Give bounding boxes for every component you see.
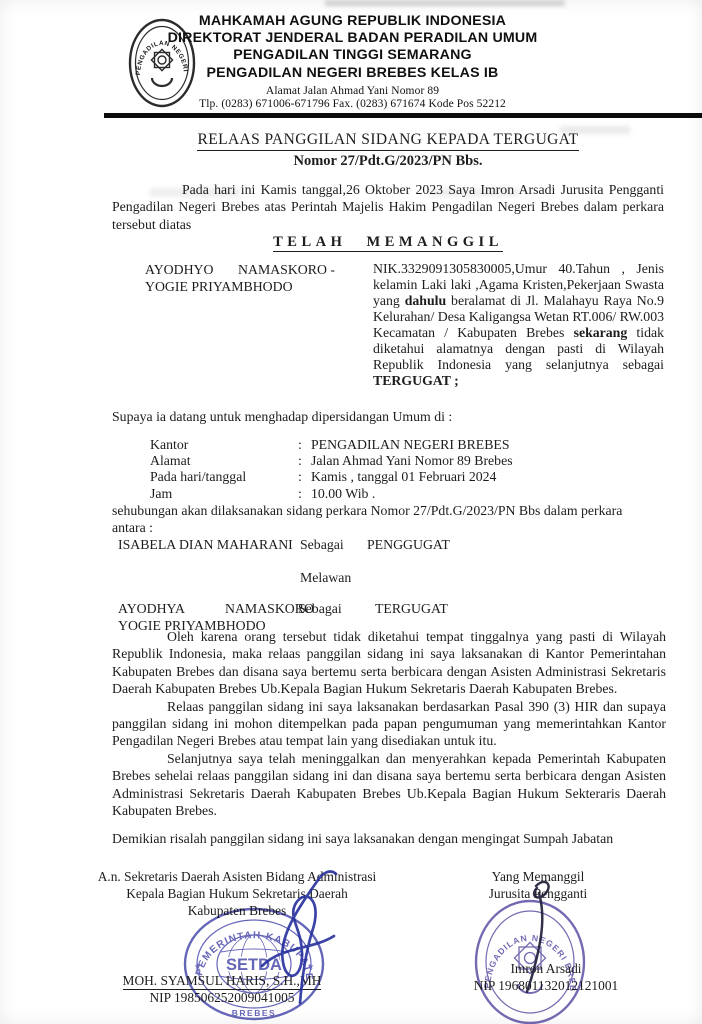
- hearing-note-line2: antara :: [112, 520, 664, 537]
- defendant-name-word1: AYODHYO: [145, 261, 213, 278]
- table-row: Pada hari/tanggal : Kamis , tanggal 01 F…: [150, 469, 513, 485]
- signatory-right-nip: NIP 196801132012121001: [441, 977, 651, 994]
- hearing-value-alamat: Jalan Ahmad Yani Nomor 89 Brebes: [311, 453, 513, 469]
- letterhead-line-3: PENGADILAN TINGGI SEMARANG: [120, 47, 585, 64]
- body-paragraph-3: Selanjutnya saya telah meninggalkan dan …: [112, 750, 666, 820]
- signature-left-name-block: MOH. SYAMSUL HARIS, S.H.,MH NIP 19850625…: [72, 972, 372, 1006]
- defendant-as-label: Sebagai: [298, 600, 342, 617]
- defendant-details-bold3: TERGUGAT ;: [373, 373, 459, 388]
- document-title-block: RELAAS PANGGILAN SIDANG KEPADA TERGUGAT …: [112, 131, 664, 170]
- letterhead-rule: [104, 113, 702, 118]
- letterhead-line-1: MAHKAMAH AGUNG REPUBLIK INDONESIA: [120, 13, 585, 30]
- document-title: RELAAS PANGGILAN SIDANG KEPADA TERGUGAT: [112, 131, 664, 151]
- signatory-left-name: MOH. SYAMSUL HARIS, S.H.,MH: [123, 973, 322, 990]
- defendant-details: NIK.3329091305830005,Umur 40.Tahun , Jen…: [373, 261, 664, 389]
- table-row: Kantor : PENGADILAN NEGERI BREBES: [150, 437, 513, 453]
- letterhead-contact: Tlp. (0283) 671006-671796 Fax. (0283) 67…: [120, 98, 585, 111]
- opening-paragraph: Pada hari ini Kamis tanggal,26 Oktober 2…: [112, 181, 664, 233]
- summon-instruction: Supaya ia datang untuk menghadap dipersi…: [112, 409, 664, 425]
- star-icon: ★: [307, 962, 314, 971]
- scan-smudge-top: [325, 0, 565, 6]
- table-row: Alamat : Jalan Ahmad Yani Nomor 89 Brebe…: [150, 453, 513, 469]
- hearing-note: sehubungan akan dilaksanakan sidang perk…: [112, 503, 664, 536]
- summon-heading-text: TELAH MEMANGGIL: [273, 234, 503, 252]
- letterhead-line-2: DIREKTORAT JENDERAL BADAN PERADILAN UMUM: [120, 30, 585, 47]
- plaintiff-role: PENGGUGAT: [367, 536, 450, 553]
- colon: :: [298, 453, 311, 469]
- table-row: Jam : 10.00 Wib .: [150, 486, 513, 502]
- document-title-text: RELAAS PANGGILAN SIDANG KEPADA TERGUGAT: [197, 131, 578, 151]
- hearing-label-alamat: Alamat: [150, 453, 298, 469]
- body-paragraph-1: Oleh karena orang tersebut tidak diketah…: [112, 628, 666, 698]
- letterhead-address: Alamat Jalan Ahmad Yani Nomor 89: [120, 85, 585, 98]
- colon: :: [298, 469, 311, 485]
- defendant-name-line1: AYODHYO NAMASKORO -: [145, 261, 335, 278]
- defendant-name-line2: YOGIE PRIYAMBHODO: [145, 278, 335, 295]
- hearing-details-table: Kantor : PENGADILAN NEGERI BREBES Alamat…: [150, 437, 513, 502]
- hearing-value-jam: 10.00 Wib .: [311, 486, 375, 502]
- defendant-details-bold1: dahulu: [405, 293, 446, 308]
- signatory-left-nip: NIP 198506252009041005: [72, 989, 372, 1006]
- signature-left-line1: A.n. Sekretaris Daerah Asisten Bidang Ad…: [82, 868, 392, 885]
- signature-left-line2: Kepala Bagian Hukum Sekretaris Daerah: [82, 885, 392, 902]
- defendant-name-word1: AYODHYA: [118, 600, 185, 617]
- plaintiff-as-label: Sebagai: [300, 536, 344, 553]
- defendant-details-bold2: sekarang: [574, 325, 628, 340]
- colon: :: [298, 486, 311, 502]
- hearing-label-jam: Jam: [150, 486, 298, 502]
- body-paragraph-2: Relaas panggilan sidang ini saya laksana…: [112, 698, 666, 750]
- hearing-note-line1: sehubungan akan dilaksanakan sidang perk…: [112, 503, 664, 520]
- hearing-label-kantor: Kantor: [150, 437, 298, 453]
- signature-right-line1: Yang Memanggil: [438, 868, 638, 885]
- signatory-right-name: Imron Arsadi: [441, 960, 651, 977]
- colon: :: [298, 437, 311, 453]
- signature-right-name-block: Imron Arsadi NIP 196801132012121001: [441, 960, 651, 994]
- defendant-name-block: AYODHYO NAMASKORO - YOGIE PRIYAMBHODO: [145, 261, 335, 295]
- court-summons-document: PENGADILAN NEGERI BREBES MAHKAMAH AGUNG …: [0, 0, 702, 1024]
- plaintiff-name: ISABELA DIAN MAHARANI: [118, 536, 293, 553]
- hearing-label-tanggal: Pada hari/tanggal: [150, 469, 298, 485]
- letterhead-line-4: PENGADILAN NEGERI BREBES KELAS IB: [120, 65, 585, 82]
- signature-right-header: Yang Memanggil Jurusita Pengganti: [438, 868, 638, 902]
- body-paragraphs: Oleh karena orang tersebut tidak diketah…: [112, 628, 666, 848]
- hearing-value-tanggal: Kamis , tanggal 01 Februari 2024: [311, 469, 496, 485]
- star-icon: ★: [194, 962, 201, 971]
- case-number: Nomor 27/Pdt.G/2023/PN Bbs.: [112, 153, 664, 170]
- versus-label: Melawan: [300, 570, 351, 586]
- defendant-role: TERGUGAT: [375, 600, 448, 617]
- hearing-value-kantor: PENGADILAN NEGERI BREBES: [311, 437, 510, 453]
- summon-heading: TELAH MEMANGGIL: [112, 233, 664, 251]
- defendant-name-word2: NAMASKORO -: [238, 261, 335, 278]
- stamp-ring-bottom-text: BREBES: [232, 1008, 276, 1018]
- closing-line: Demikian risalah panggilan sidang ini sa…: [112, 830, 666, 847]
- letterhead: MAHKAMAH AGUNG REPUBLIK INDONESIA DIREKT…: [120, 13, 585, 111]
